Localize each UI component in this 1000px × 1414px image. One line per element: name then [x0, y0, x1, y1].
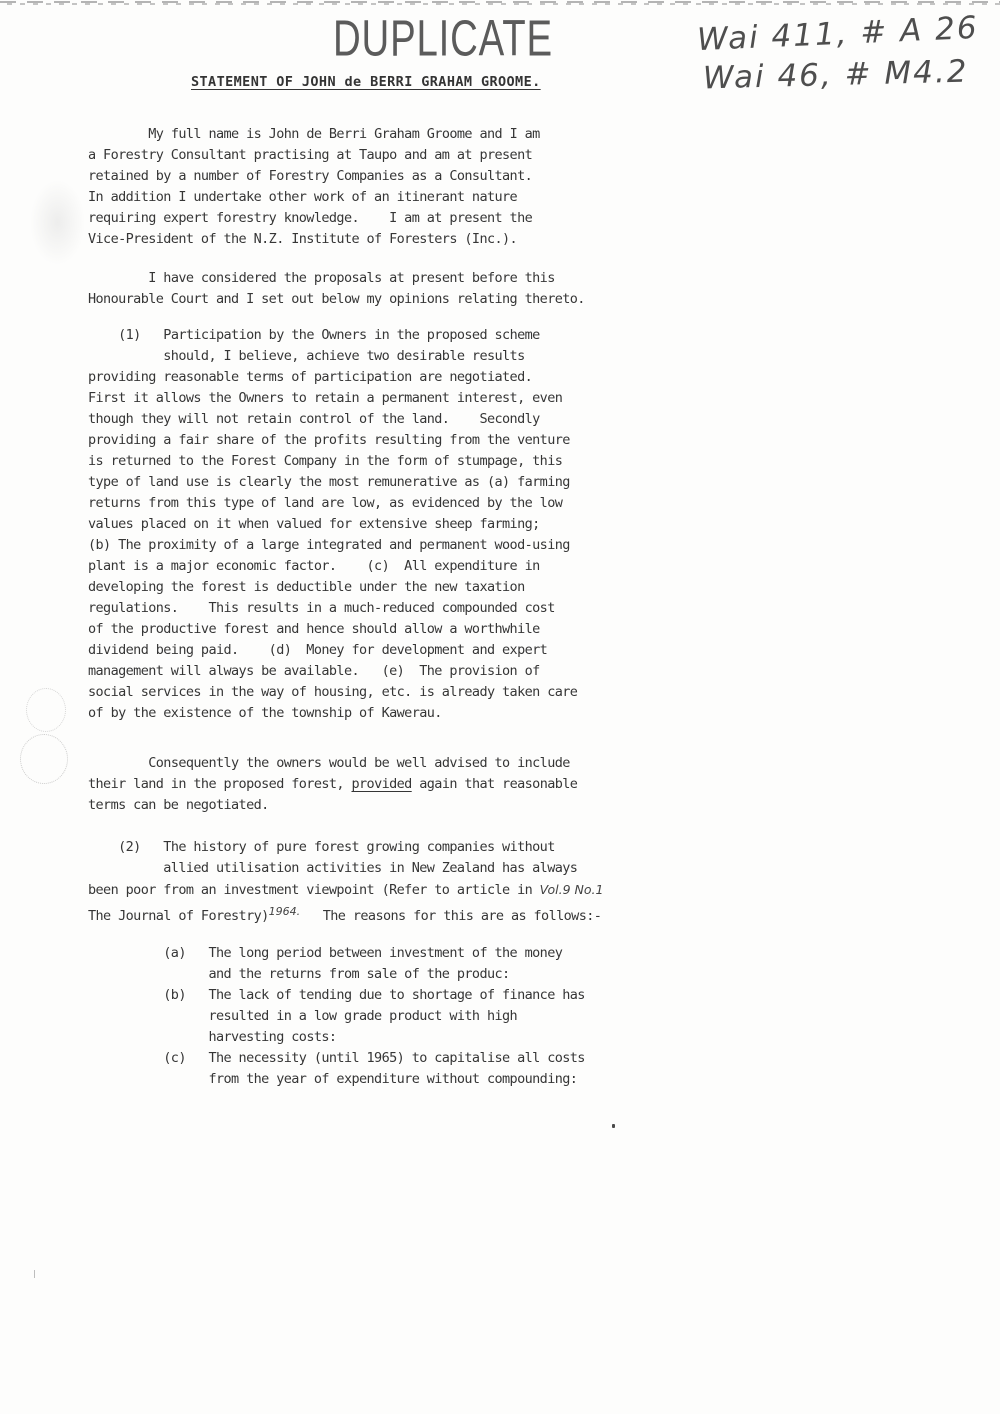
scan-torn-edge [0, 0, 1000, 6]
scan-smudge [30, 180, 85, 265]
handwritten-reference-wai-411: Wai 411, # A 26 [696, 10, 979, 58]
scan-smudge-ring [26, 688, 66, 732]
document-body: My full name is John de Berri Graham Gro… [88, 124, 678, 1090]
handwritten-insert-year: 1964. [269, 905, 301, 918]
list-reasons-a-b-c: (a) The long period between investment o… [88, 943, 678, 1090]
handwritten-insert-volume: Vol.9 No.1 [540, 882, 604, 897]
paragraph-item-1-participation: (1) Participation by the Owners in the p… [88, 325, 678, 724]
paragraph-conclusion: Consequently the owners would be well ad… [88, 753, 678, 816]
underlined-word-provided: provided [351, 776, 411, 792]
paragraph-considered-proposals: I have considered the proposals at prese… [88, 268, 678, 310]
duplicate-stamp: DUPLICATE [333, 10, 553, 68]
document-title: STATEMENT OF JOHN de BERRI GRAHAM GROOME… [191, 74, 541, 90]
scan-smudge-ring [20, 734, 68, 784]
item-2-text-start: (2) The history of pure forest growing c… [88, 839, 577, 898]
item-2-text-end: The reasons for this are as follows:- [300, 908, 601, 924]
paragraph-introduction: My full name is John de Berri Graham Gro… [88, 124, 678, 250]
paragraph-item-2-history: (2) The history of pure forest growing c… [88, 837, 678, 927]
scan-stray-mark [612, 1124, 615, 1128]
scan-stray-mark [34, 1270, 35, 1278]
item-2-text-middle: The Journal of Forestry) [88, 908, 269, 924]
handwritten-reference-wai-46: Wai 46, # M4.2 [703, 54, 969, 97]
document-page: DUPLICATE Wai 411, # A 26 Wai 46, # M4.2… [0, 0, 1000, 1414]
